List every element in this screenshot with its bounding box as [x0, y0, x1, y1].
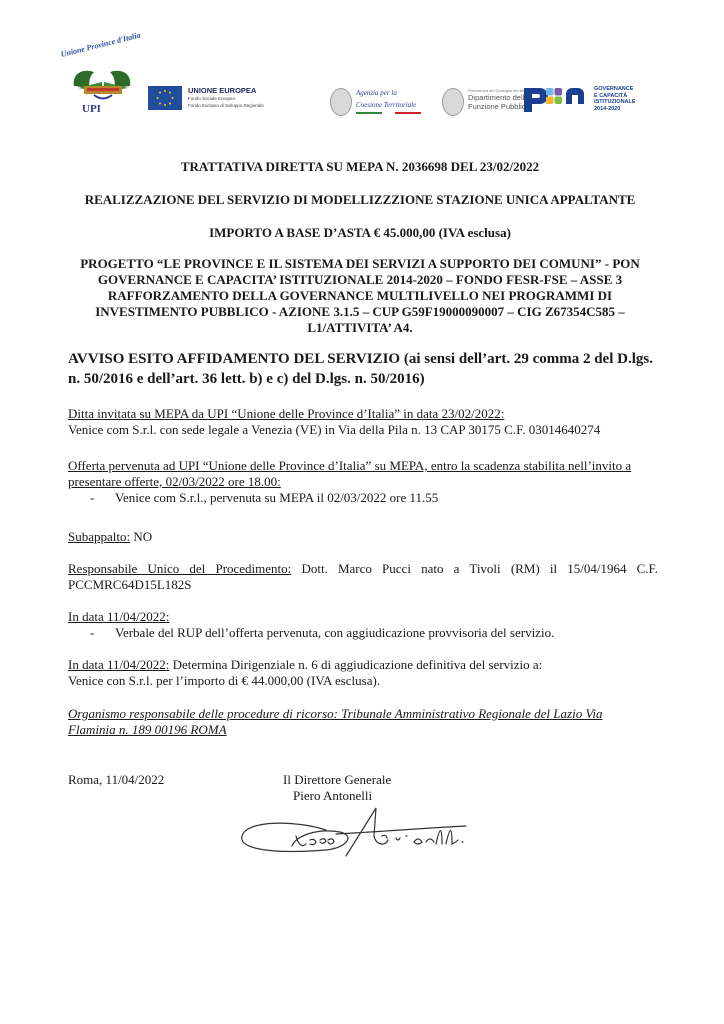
ditta-section: Ditta invitata su MEPA da UPI “Unione de… [68, 406, 658, 438]
italian-emblem-icon [330, 88, 352, 116]
signatory-block: Il Direttore Generale Piero Antonelli [283, 772, 391, 804]
progetto-title: PROGETTO “LE PROVINCE E IL SISTEMA DEI S… [70, 256, 650, 336]
bullet-dash: - [90, 490, 94, 506]
pon-logo: GOVERNANCE E CAPACITÀ ISTITUZIONALE 2014… [522, 84, 592, 119]
place-date: Roma, 11/04/2022 [68, 772, 164, 788]
eu-title: UNIONE EUROPEA [188, 86, 264, 95]
eu-sub-1: Fondo Sociale Europeo [188, 95, 264, 102]
upi-logo: Unione Province d'Italia UPI [60, 48, 150, 118]
subappalto-value: NO [130, 529, 152, 544]
italian-emblem-icon [442, 88, 464, 116]
data1-bullet-text: Verbale del RUP dell’offerta pervenuta, … [115, 625, 554, 641]
data2-label: In data 11/04/2022: [68, 657, 169, 672]
rup-label: Responsabile Unico del Procedimento: [68, 561, 291, 576]
signatory-name: Piero Antonelli [283, 788, 391, 804]
importo-title: IMPORTO A BASE D’ASTA € 45.000,00 (IVA e… [60, 225, 660, 241]
upi-emblem-icon [68, 62, 138, 102]
eu-flag-icon [148, 86, 182, 110]
offerta-label: Offerta pervenuta ad UPI “Unione delle P… [68, 458, 658, 490]
subappalto-line: Subappalto: NO [68, 529, 658, 545]
ditta-text: Venice com S.r.l. con sede legale a Vene… [68, 422, 658, 438]
upi-arc-text: Unione Province d'Italia [60, 30, 142, 59]
offerta-bullet-text: Venice com S.r.l., pervenuta su MEPA il … [115, 490, 438, 506]
pon-mark-icon [522, 84, 592, 114]
data2-section: In data 11/04/2022: Determina Dirigenzia… [68, 657, 658, 689]
bullet-dash: - [90, 625, 94, 641]
avviso-heading: AVVISO ESITO AFFIDAMENTO DEL SERVIZIO (a… [68, 349, 658, 389]
avviso-main: AVVISO ESITO AFFIDAMENTO DEL SERVIZIO [68, 351, 400, 367]
pon-line-1: GOVERNANCE [594, 86, 636, 93]
data2-text: Determina Dirigenziale n. 6 di aggiudica… [169, 657, 542, 672]
subappalto-label: Subappalto: [68, 529, 130, 544]
eu-sub-2: Fondo Europeo di Sviluppo Regionale [188, 102, 264, 109]
tricolor-bar [356, 112, 421, 114]
signatory-role: Il Direttore Generale [283, 772, 391, 788]
agenzia-line-1: Agenzia per la [356, 87, 416, 99]
pon-line-4: 2014-2020 [594, 106, 636, 113]
rup-line: Responsabile Unico del Procedimento: Dot… [68, 561, 658, 593]
ditta-label: Ditta invitata su MEPA da UPI “Unione de… [68, 406, 658, 422]
data1-label: In data 11/04/2022: [68, 609, 658, 625]
realizzazione-title: REALIZZAZIONE DEL SERVIZIO DI MODELLIZZZ… [60, 192, 660, 208]
pon-line-3: ISTITUZIONALE [594, 99, 636, 106]
organismo-ricorso: Organismo responsabile delle procedure d… [68, 706, 648, 738]
upi-label: UPI [82, 103, 101, 115]
trattativa-title: TRATTATIVA DIRETTA SU MEPA N. 2036698 DE… [60, 159, 660, 175]
header-logos: Unione Province d'Italia UPI UNIONE EURO… [60, 48, 670, 128]
data2-line-2: Venice con S.r.l. per l’importo di € 44.… [68, 673, 658, 689]
agenzia-line-2: Coesione Territoriale [356, 99, 416, 111]
handwritten-signature-icon [236, 806, 496, 872]
